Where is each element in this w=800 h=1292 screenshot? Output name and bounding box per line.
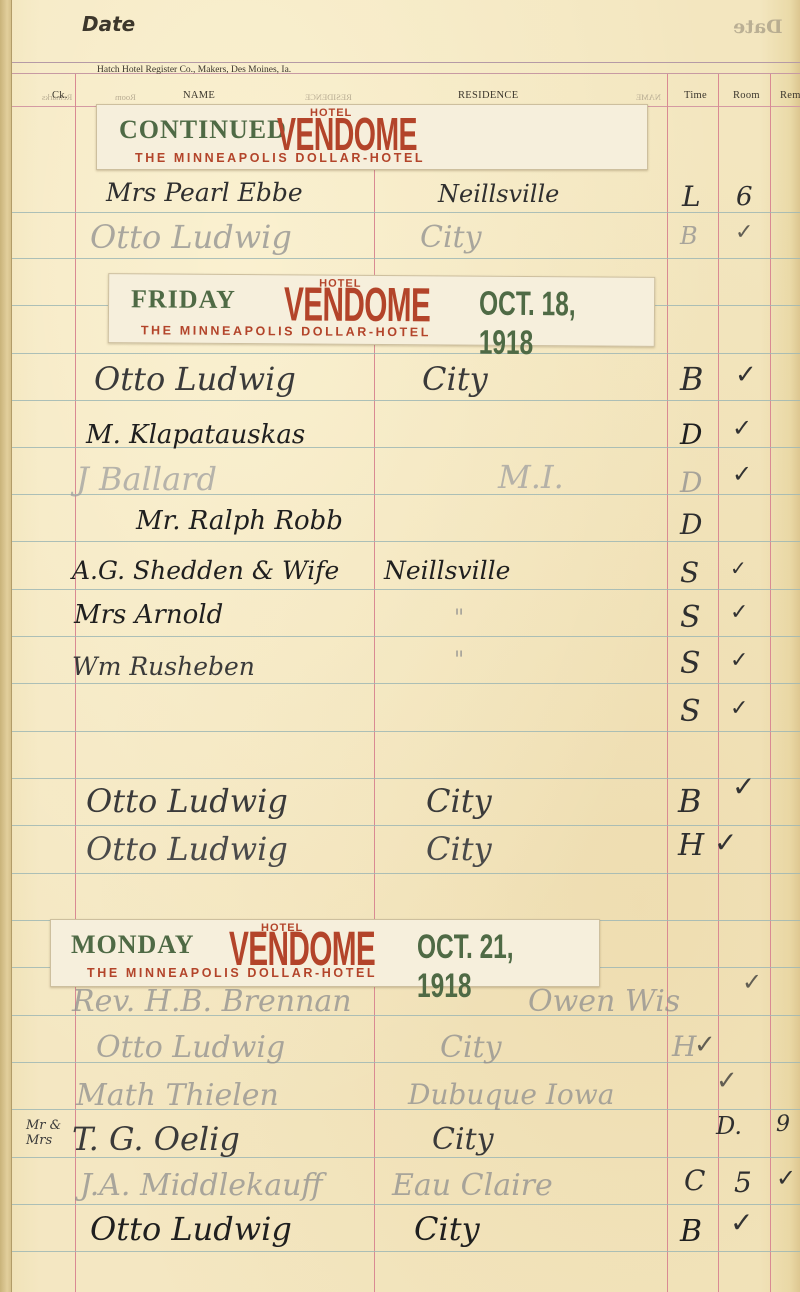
- guest-name: Otto Ludwig: [94, 360, 296, 398]
- guest-name: Mrs Arnold: [74, 600, 223, 630]
- guest-residence: City: [426, 782, 492, 820]
- guest-name: Mrs Pearl Ebbe: [106, 178, 303, 207]
- check-mark: ✓: [716, 1066, 738, 1096]
- guest-time: H: [672, 1030, 696, 1063]
- guest-name: M. Klapatauskas: [86, 420, 305, 450]
- ledger-rule: [12, 636, 800, 637]
- guest-residence: City: [420, 220, 482, 255]
- guest-residence: City: [414, 1210, 480, 1248]
- guest-time: S: [680, 556, 699, 589]
- banner-monday: MONDAY HOTEL VENDOME OCT. 21, 1918 THE M…: [50, 919, 600, 987]
- bleedthrough-room: Room: [115, 92, 136, 102]
- guest-name: J Ballard: [76, 460, 217, 498]
- guest-name: Otto Ludwig: [90, 218, 292, 256]
- ledger-rule: [12, 778, 800, 779]
- guest-time: B: [680, 222, 698, 250]
- guest-room: 5: [734, 1166, 752, 1199]
- bleedthrough-residence: RESIDENCE: [305, 92, 352, 102]
- ledger-rule: [12, 731, 800, 732]
- guest-residence: Neillsville: [438, 180, 559, 208]
- date-label: Date: [82, 12, 135, 36]
- check-mark: ✓: [730, 556, 747, 580]
- column-header-room: Room: [733, 90, 760, 101]
- guest-remark: 9: [776, 1112, 790, 1137]
- header-rule-top: [12, 62, 800, 63]
- guest-time: B: [680, 360, 704, 398]
- check-mark: ✓: [732, 460, 752, 488]
- check-mark: ✓: [730, 1206, 753, 1239]
- ledger-rule: [12, 353, 800, 354]
- banner-tagline: THE MINNEAPOLIS DOLLAR-HOTEL: [141, 323, 431, 339]
- guest-time: B: [680, 1214, 702, 1249]
- guest-name: Otto Ludwig: [86, 782, 288, 820]
- guest-residence: City: [432, 1122, 494, 1157]
- banner-tagline: THE MINNEAPOLIS DOLLAR-HOTEL: [87, 966, 377, 980]
- guest-time: L: [682, 180, 701, 213]
- guest-name: J.A. Middlekauff: [80, 1168, 323, 1203]
- check-mark: ✓: [730, 696, 748, 721]
- banner-continued: CONTINUED HOTEL VENDOME THE MINNEAPOLIS …: [96, 104, 648, 170]
- ledger-rule: [12, 1251, 800, 1252]
- date-label-bleedthrough: Date: [733, 16, 783, 38]
- banner-day: MONDAY: [71, 930, 194, 960]
- guest-room: D.: [716, 1112, 742, 1140]
- guest-name: Rev. H.B. Brennan: [72, 984, 352, 1019]
- banner-friday: FRIDAY HOTEL VENDOME OCT. 18, 1918 THE M…: [108, 273, 655, 347]
- check-mark: ✓: [735, 220, 753, 245]
- check-mark: ✓: [732, 770, 755, 803]
- guest-time: S: [680, 600, 701, 635]
- guest-name: Otto Ludwig: [90, 1210, 292, 1248]
- ledger-rule: [12, 541, 800, 542]
- guest-time: B: [678, 782, 702, 820]
- guest-name: Wm Rusheben: [72, 652, 255, 681]
- check-mark: ✓: [732, 414, 752, 442]
- check-mark: ✓: [730, 600, 748, 625]
- guest-name: Otto Ludwig: [86, 830, 288, 868]
- check-mark: ✓: [776, 1164, 796, 1192]
- check-mark: ✓: [742, 968, 762, 996]
- guest-name: A.G. Shedden & Wife: [72, 556, 339, 585]
- bleedthrough-name: NAME: [636, 92, 661, 102]
- ledger-rule: [12, 258, 800, 259]
- check-mark: ✓: [694, 1030, 716, 1060]
- guest-time: D: [680, 466, 702, 499]
- column-header-time: Time: [684, 90, 707, 101]
- ditto-mark: ": [454, 648, 464, 673]
- guest-time: S: [680, 646, 701, 681]
- ledger-rule: [12, 1204, 800, 1205]
- binding-fold-line: [11, 0, 12, 1292]
- guest-residence: Neillsville: [384, 556, 510, 585]
- check-mark: ✓: [735, 360, 757, 390]
- guest-name: Math Thielen: [76, 1078, 279, 1113]
- ledger-rule: [12, 400, 800, 401]
- guest-time: D: [680, 418, 702, 451]
- guest-time: D: [680, 508, 702, 541]
- banner-tagline: THE MINNEAPOLIS DOLLAR-HOTEL: [135, 151, 425, 165]
- guest-room: 6: [736, 182, 753, 212]
- ledger-rule: [12, 683, 800, 684]
- ck-mark-mr-mrs: Mr & Mrs: [26, 1118, 70, 1148]
- column-header-remarks: Rem: [780, 90, 800, 101]
- guest-name: Mr. Ralph Robb: [136, 506, 343, 536]
- column-header-residence: RESIDENCE: [458, 90, 518, 101]
- guest-residence: Dubuque Iowa: [408, 1078, 614, 1111]
- guest-residence: Owen Wis: [528, 984, 680, 1019]
- banner-day: CONTINUED: [119, 115, 287, 145]
- guest-residence: M.I.: [498, 458, 564, 496]
- ledger-rule: [12, 825, 800, 826]
- check-mark: ✓: [714, 826, 737, 859]
- guest-time: H: [678, 828, 704, 863]
- guest-name: T. G. Oelig: [72, 1120, 240, 1158]
- guest-residence: City: [426, 830, 492, 868]
- ledger-rule: [12, 589, 800, 590]
- guest-residence: City: [440, 1030, 502, 1065]
- column-header-ck: Ck.: [52, 90, 68, 101]
- ditto-mark: ": [454, 606, 464, 631]
- check-mark: ✓: [730, 648, 748, 673]
- guest-time: S: [680, 694, 701, 729]
- ledger-rule: [12, 873, 800, 874]
- guest-residence: Eau Claire: [392, 1168, 553, 1203]
- column-header-name: NAME: [183, 90, 215, 101]
- banner-day: FRIDAY: [131, 284, 236, 315]
- banner-date: OCT. 18, 1918: [479, 285, 606, 364]
- guest-name: Otto Ludwig: [96, 1030, 285, 1065]
- guest-residence: City: [422, 360, 488, 398]
- guest-time: C: [684, 1164, 705, 1197]
- register-maker-line: Hatch Hotel Register Co., Makers, Des Mo…: [97, 65, 291, 75]
